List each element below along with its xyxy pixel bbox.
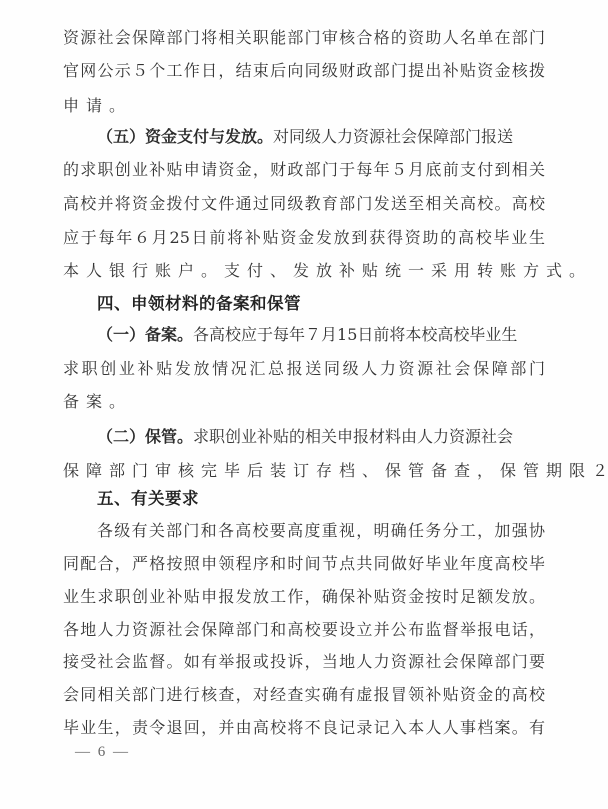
subsection-line-filing: （一）备案。各高校应于每年７月15日前将本校高校毕业生 [97, 324, 545, 346]
body-line: 的求职创业补贴申请资金，财政部门于每年５月底前支付到相关 [63, 159, 545, 181]
body-line: 会同相关部门进行核查，对经查实确有虚报冒领补贴资金的高校 [63, 684, 545, 706]
document-page: 资源社会保障部门将相关职能部门审核合格的资助人名单在部门 官网公示５个工作日，结… [0, 0, 608, 809]
section-heading-4: 四、申领材料的备案和保管 [97, 293, 301, 315]
page-number: — 6 — [75, 741, 130, 763]
body-line: 本人银行账户。支付、发放补贴统一采用转账方式。 [63, 260, 545, 282]
subsection-label: （一）备案。 [97, 325, 193, 344]
body-line: 官网公示５个工作日，结束后向同级财政部门提出补贴资金核拨 [63, 60, 545, 82]
subsection-line-funds-payment: （五）资金支付与发放。对同级人力资源社会保障部门报送 [97, 126, 545, 148]
body-line: 资源社会保障部门将相关职能部门审核合格的资助人名单在部门 [63, 27, 545, 49]
body-line: 应于每年６月25日前将补贴资金发放到获得资助的高校毕业生 [63, 227, 545, 249]
body-line: 求职创业补贴发放情况汇总报送同级人力资源社会保障部门 [63, 358, 545, 380]
body-line: 毕业生，责令退回，并由高校将不良记录记入本人人事档案。有 [63, 717, 545, 739]
body-line: 备案。 [63, 391, 545, 413]
section-heading-5: 五、有关要求 [97, 488, 199, 510]
body-line: 接受社会监督。如有举报或投诉，当地人力资源社会保障部门要 [63, 651, 545, 673]
subsection-label: （二）保管。 [97, 427, 193, 446]
body-line: 保障部门审核完毕后装订存档、保管备查，保管期限２年。 [63, 460, 545, 482]
subsection-label: （五）资金支付与发放。 [97, 127, 273, 146]
body-line: 同配合，严格按照申领程序和时间节点共同做好毕业年度高校毕 [63, 553, 545, 575]
body-line: 各级有关部门和各高校要高度重视，明确任务分工，加强协 [97, 520, 545, 542]
body-text: 对同级人力资源社会保障部门报送 [273, 127, 513, 146]
subsection-line-custody: （二）保管。求职创业补贴的相关申报材料由人力资源社会 [97, 426, 545, 448]
body-line: 业生求职创业补贴申报发放工作，确保补贴资金按时足额发放。 [63, 586, 545, 608]
body-text: 各高校应于每年７月15日前将本校高校毕业生 [193, 325, 517, 344]
body-text: 求职创业补贴的相关申报材料由人力资源社会 [193, 427, 513, 446]
body-line: 高校并将资金拨付文件通过同级教育部门发送至相关高校。高校 [63, 193, 545, 215]
body-line: 申请。 [63, 95, 545, 117]
body-line: 各地人力资源社会保障部门和高校要设立并公布监督举报电话， [63, 619, 545, 641]
